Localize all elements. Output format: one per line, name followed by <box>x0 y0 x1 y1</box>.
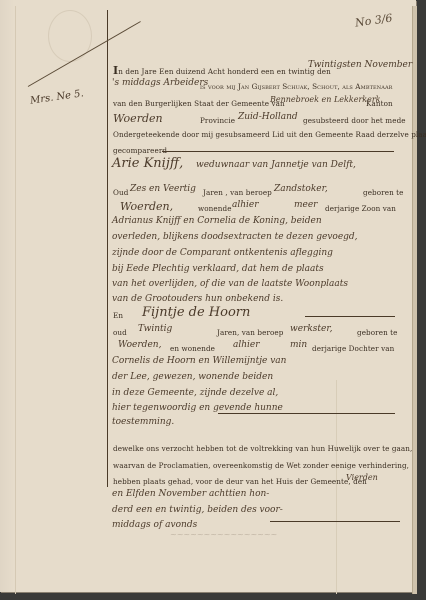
label-bride-years: Jaren, van beroep <box>217 328 284 337</box>
printed-line-3b: Kanton <box>366 99 393 108</box>
hw-bride-residence: alhier <box>233 340 260 350</box>
record-number: No 3/6 <box>354 11 393 29</box>
label-bride-born: geboren te <box>357 328 398 337</box>
label-groom-age: Oud <box>113 188 128 197</box>
hw-bride-parents-4: hier tegenwoordig en gevende hunne <box>112 403 283 413</box>
printed-line-1: In den Jare Een duizend Acht honderd een… <box>113 64 331 77</box>
bleed-through-text: ~~~~~~~~~~~~~~~~ <box>170 530 277 539</box>
hw-groom-parents-6: van de Grootouders hun onbekend is. <box>112 294 283 304</box>
document-page: No 3/6 Mrs. Ne 5. In den Jare Een duizen… <box>0 0 416 592</box>
printed-line-4b: gesubsteerd door het mede <box>303 116 406 125</box>
hw-time: 's middags Arbeiders <box>112 78 208 88</box>
hw-bride-age: Twintig <box>138 324 172 334</box>
page-edge <box>412 6 417 594</box>
embossed-seal <box>48 10 92 62</box>
hw-groom-birthplace: Woerden, <box>120 200 173 213</box>
printed-line-5: Ondergeteekende door mij gesubsameerd Li… <box>113 130 426 139</box>
label-bride-en: En <box>113 311 123 320</box>
hw-groom-occupation: Zandstoker, <box>274 184 328 194</box>
label-groom-born: geboren te <box>363 188 404 197</box>
hw-groom-residence: alhier <box>232 200 259 210</box>
printed-line-3a: van den Burgerlijken Staat der Gemeente … <box>113 99 285 108</box>
label-groom-son: derjarige Zoon van <box>325 204 396 213</box>
rule <box>270 521 400 522</box>
rule <box>218 413 395 414</box>
label-groom-years: Jaren , van beroep <box>203 188 272 197</box>
hw-groom-parents-5: van het overlijden, of die van de laatst… <box>112 279 348 289</box>
hw-groom-parents-2: overleden, blijkens doodsextracten te de… <box>112 232 358 242</box>
printed-line-2: is voor mij Jan Gijsbert Schuak, Schout,… <box>200 82 393 91</box>
hw-proclamation-3: derd een en twintig, beiden des voor- <box>112 505 283 515</box>
label-groom-residing: wonende <box>198 204 232 213</box>
hw-date: Twintigsten November <box>308 60 412 70</box>
margin-note: Mrs. Ne 5. <box>29 88 84 106</box>
printed-closing-3: hebben plaats gehad, voor de deur van he… <box>113 477 367 486</box>
label-bride-daughter: derjarige Dochter van <box>312 344 394 353</box>
hw-proclamation-4: middags of avonds <box>112 520 197 530</box>
hw-groom-status: weduwnaar van Jannetje van Delft, <box>196 160 356 170</box>
hw-proclamation-2: en Elfden November achttien hon- <box>112 489 269 499</box>
hw-bride-parents-2: der Lee, gewezen, wonende beiden <box>112 372 273 382</box>
hw-bride-birthplace: Woerden, <box>118 340 161 350</box>
hw-groom-parents-3: zijnde door de Comparant ontkentenis afl… <box>112 248 333 258</box>
margin-rule <box>107 10 108 487</box>
hw-kanton: Woerden <box>113 112 163 125</box>
printed-line-4a: Provincie <box>200 116 235 125</box>
hw-bride-name: Fijntje de Hoorn <box>142 305 250 320</box>
fold-line <box>15 6 16 594</box>
hw-bride-majority: min <box>290 340 307 350</box>
hw-bride-occupation: werkster, <box>290 324 333 334</box>
hw-groom-parents-1: Adrianus Knijff en Cornelia de Koning, b… <box>112 216 322 226</box>
hw-bride-parents-5: toestemming. <box>112 417 174 427</box>
printed-line-6: gecompareerd <box>113 146 167 155</box>
hw-bride-parents-1: Cornelis de Hoorn en Willemijntje van <box>112 356 286 366</box>
rule <box>162 151 394 152</box>
printed-closing-1: dewelke ons verzocht hebben tot de voltr… <box>113 444 412 453</box>
label-bride-residing: en wonende <box>170 344 215 353</box>
hw-groom-name: Arie Knijff, <box>112 156 183 171</box>
hw-groom-age: Zes en Veertig <box>130 184 196 194</box>
rule <box>305 316 395 317</box>
hw-groom-majority: meer <box>294 200 318 210</box>
hw-groom-parents-4: bij Eede Plechtig verklaard, dat hem de … <box>112 264 324 274</box>
hw-bride-parents-3: in deze Gemeente, zijnde dezelve al, <box>112 388 278 398</box>
hw-province: Zuid-Holland <box>238 112 298 122</box>
hw-municipality: Bennebroek en Lekkerkerk <box>270 95 381 104</box>
label-bride-age: oud <box>113 328 127 337</box>
hw-proclamation-1: Vierden <box>346 473 378 482</box>
printed-closing-2: waarvan de Proclamatien, overeenkomstig … <box>113 461 409 470</box>
